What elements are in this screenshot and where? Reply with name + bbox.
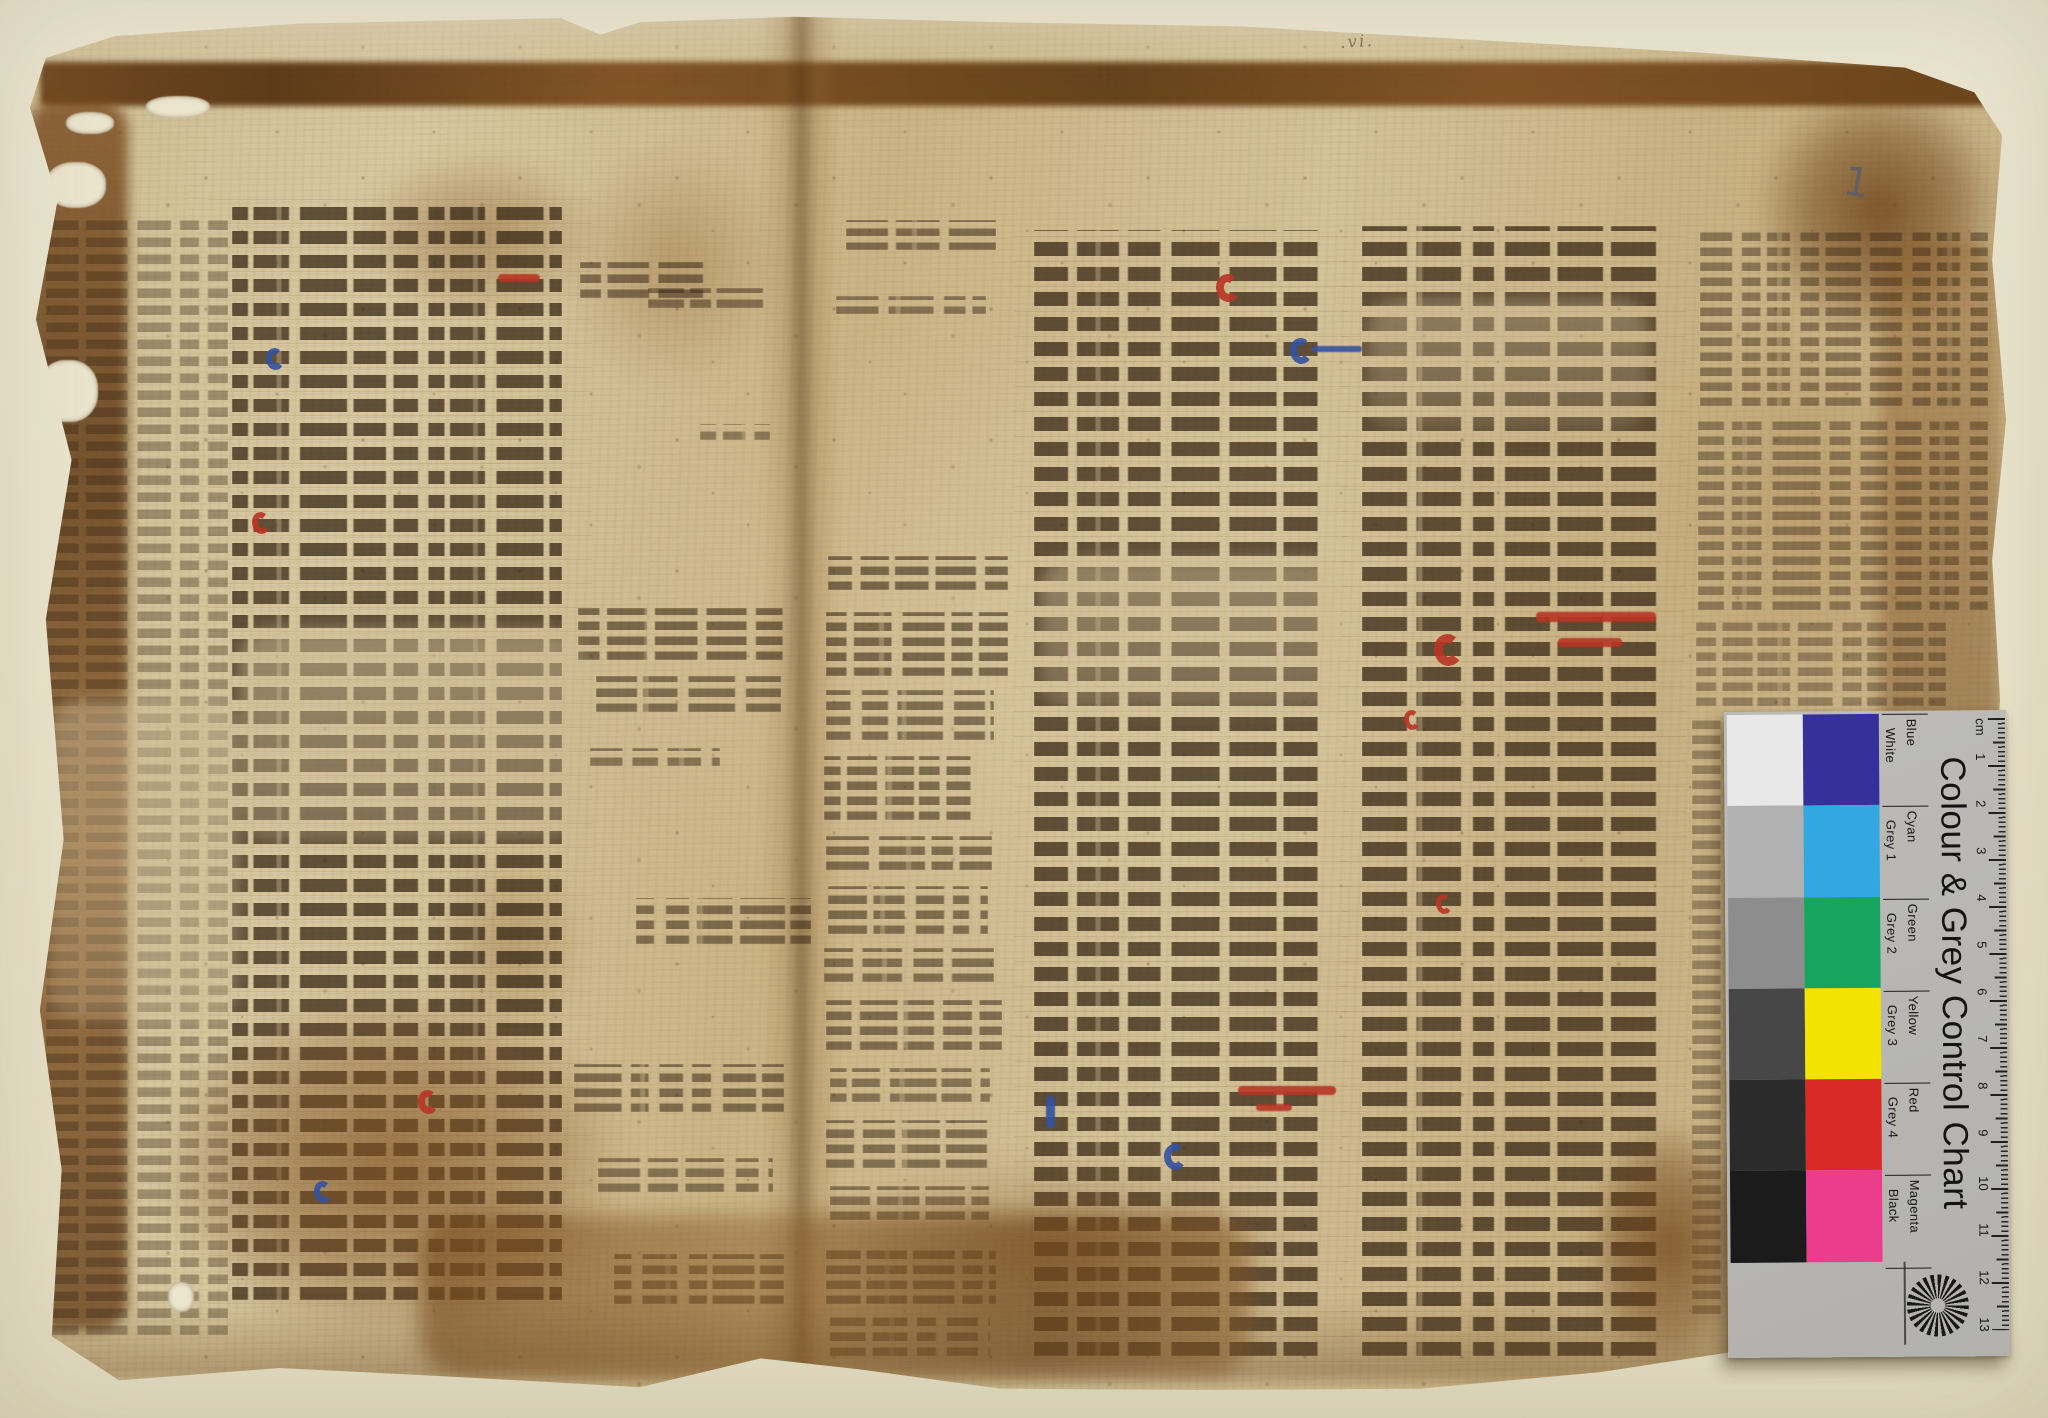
colour-patch-label: Cyan: [1904, 811, 1919, 843]
patch-cyan: [1803, 805, 1880, 897]
chart-patch-labels: WhiteBlueGrey 1CyanGrey 2GreenGrey 3Yell…: [1882, 714, 1932, 1269]
interlinear-gloss: [578, 608, 793, 660]
gutter-gloss: [828, 886, 988, 934]
patch-red: [1805, 1079, 1882, 1171]
gutter-gloss: [836, 296, 986, 314]
patch-grey-2: [1728, 897, 1805, 989]
color-chart-card: WhiteBlueGrey 1CyanGrey 2GreenGrey 3Yell…: [1724, 710, 2011, 1358]
ruler-number: 11: [1976, 1223, 1991, 1237]
patch-magenta: [1806, 1170, 1883, 1262]
parchment-hole: [38, 360, 98, 422]
rubric-word-stroke: [1238, 1086, 1336, 1095]
grey-patch-label: Grey 1: [1884, 820, 1899, 862]
parchment-hole: [66, 112, 114, 134]
patch-grey-1: [1727, 806, 1804, 898]
rubric-initial: [50, 1142, 59, 1170]
parchment-stain: [1368, 300, 1648, 430]
ruler-number: 8: [1975, 1082, 1990, 1089]
patch-green: [1804, 896, 1881, 988]
ruler-unit-label: cm: [1973, 718, 1988, 735]
top-inscription: .vi.: [1339, 31, 1374, 53]
ruler-number: 1: [1973, 753, 1988, 760]
patch-black: [1730, 1171, 1807, 1263]
photograph-backdrop: .vi. 1 WhiteBlueGrey 1CyanGrey 2GreenGre…: [0, 0, 2048, 1418]
grey-patch-label: Grey 4: [1885, 1097, 1900, 1139]
manuscript-bifolium: .vi. 1: [28, 14, 2008, 1390]
gutter-gloss: [826, 836, 992, 870]
ruler-number: 6: [1975, 988, 1990, 995]
patch-label-row: BlackMagenta: [1885, 1176, 1932, 1269]
colour-patch-label: Yellow: [1906, 996, 1921, 1036]
grey-patch-label: Grey 3: [1885, 1005, 1900, 1047]
patch-grey-4: [1729, 1080, 1806, 1172]
rubric-initial: [1046, 1096, 1055, 1128]
parchment-hole: [168, 1282, 194, 1312]
patch-label-row: WhiteBlue: [1882, 714, 1929, 808]
patch-label-row: Grey 3Yellow: [1884, 991, 1931, 1084]
colour-patch-label: Magenta: [1907, 1180, 1922, 1234]
ruler-number: 10: [1976, 1176, 1991, 1191]
ruler-number: 13: [1977, 1317, 1992, 1332]
gutter-gloss: [826, 612, 1008, 676]
rubric-word-stroke: [1256, 1104, 1292, 1111]
interlinear-gloss: [700, 424, 770, 440]
chart-title: Colour & Grey Control Chart: [1926, 756, 1976, 1336]
gutter-gloss: [826, 690, 994, 740]
rubric-word-stroke: [1558, 638, 1622, 647]
parchment-stain: [48, 700, 238, 1020]
gutter-gloss: [828, 556, 1008, 590]
interlinear-gloss: [636, 898, 811, 944]
parchment-stain: [40, 62, 1990, 106]
parchment-hole: [46, 162, 106, 208]
grey-patch-label: White: [1883, 728, 1898, 763]
patch-label-row: Grey 1Cyan: [1882, 807, 1929, 900]
patch-label-row: Grey 4Red: [1884, 1084, 1931, 1177]
chart-patches: [1727, 714, 1883, 1263]
right-margin-gloss: [1700, 226, 1988, 406]
ruler-number: 5: [1974, 941, 1989, 948]
colour-patch-label: Green: [1905, 903, 1920, 941]
ruler-number: 7: [1975, 1035, 1990, 1042]
parchment-hole: [146, 96, 210, 118]
colour-patch-label: Blue: [1904, 719, 1919, 747]
rubric-word-stroke: [1312, 346, 1362, 352]
ruler-number: 9: [1976, 1129, 1991, 1136]
interlinear-gloss: [596, 676, 781, 712]
gutter-gloss: [846, 220, 996, 250]
starburst-target-icon: [1907, 1274, 1969, 1336]
chart-ruler: cm 12345678910111213: [1970, 710, 2011, 1356]
parchment-stain: [1040, 560, 1340, 710]
gutter-gloss: [824, 948, 994, 982]
chart-cut-line: [1904, 1262, 1907, 1345]
colour-patch-label: Red: [1906, 1088, 1921, 1113]
rubric-word-stroke: [1536, 612, 1656, 622]
gutter-gloss: [826, 1000, 1002, 1050]
grey-patch-label: Grey 2: [1884, 912, 1899, 954]
parchment-stain: [28, 1300, 1988, 1380]
right-margin-gloss: [1696, 622, 1946, 706]
rubric-word-stroke: [498, 274, 540, 282]
gutter-gloss: [830, 1068, 990, 1102]
grey-patch-label: Black: [1886, 1189, 1901, 1223]
right-margin-gloss: [1698, 420, 1988, 610]
patch-yellow: [1805, 988, 1882, 1080]
interlinear-gloss: [590, 748, 720, 766]
ruler-number: 4: [1974, 894, 1989, 901]
interlinear-gloss: [648, 288, 768, 308]
ruler-number: 3: [1974, 847, 1989, 854]
patch-grey-3: [1729, 988, 1806, 1080]
ruler-number: 2: [1973, 800, 1988, 807]
patch-blue: [1803, 714, 1880, 806]
parchment-stain: [240, 630, 580, 840]
patch-white: [1727, 714, 1804, 806]
gutter-gloss: [824, 756, 974, 820]
parchment-stain: [28, 14, 1978, 60]
patch-label-row: Grey 2Green: [1883, 899, 1930, 992]
ruler-number: 12: [1977, 1270, 1992, 1285]
